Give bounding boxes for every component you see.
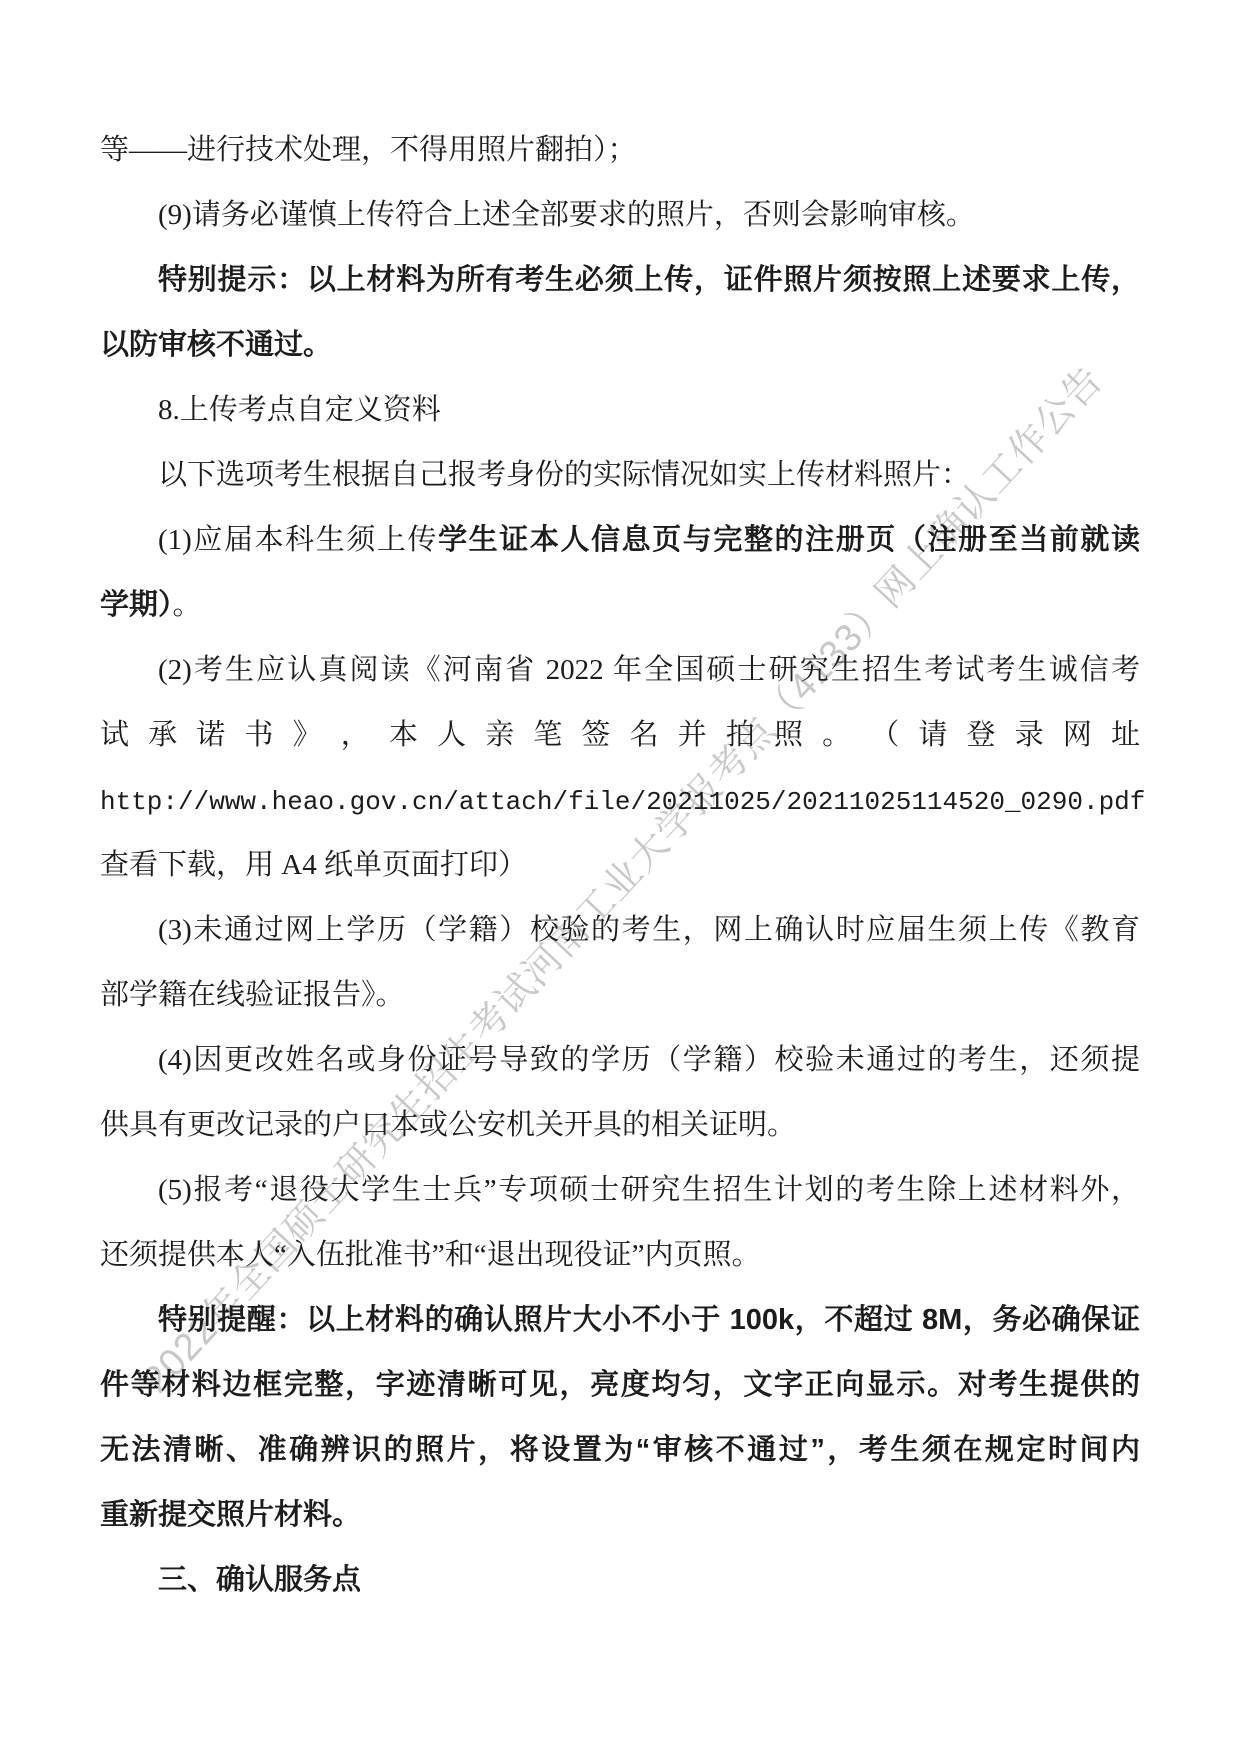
text-line: 件等材料边框完整，字迹清晰可见，亮度均匀，文字正向显示。对考生提供的 <box>100 1353 1140 1418</box>
text-line: 学期）。 <box>100 573 1140 638</box>
text-line: 以防审核不通过。 <box>100 313 1140 378</box>
text-line: 等——进行技术处理，不得用照片翻拍）； <box>100 118 1140 183</box>
text-line: (9)请务必谨慎上传符合上述全部要求的照片，否则会影响审核。 <box>100 183 1140 248</box>
text-line: 试 承 诺 书 》 ， 本 人 亲 笔 签 名 并 拍 照 。 （ 请 登 录 … <box>100 703 1140 768</box>
text-line: 特别提示：以上材料为所有考生必须上传，证件照片须按照上述要求上传， <box>100 248 1140 313</box>
text-line: 供具有更改记录的户口本或公安机关开具的相关证明。 <box>100 1093 1140 1158</box>
text-line: 还须提供本人“入伍批准书”和“退出现役证”内页照。 <box>100 1223 1140 1288</box>
document-url-line: http://www.heao.gov.cn/attach/file/20211… <box>100 768 1140 833</box>
text-line: (1)应届本科生须上传学生证本人信息页与完整的注册页（注册至当前就读 <box>100 508 1140 573</box>
text-line: 部学籍在线验证报告》。 <box>100 963 1140 1028</box>
document-page: 2022年全国硕士研究生招生考试河南工业大学报考点（4133）网上确认工作公告 … <box>0 0 1240 1754</box>
text-line: (2)考生应认真阅读《河南省 2022 年全国硕士研究生招生考试考生诚信考 <box>100 638 1140 703</box>
text-line: (5)报考“退役大学生士兵”专项硕士研究生招生计划的考生除上述材料外， <box>100 1158 1140 1223</box>
text-line: 以下选项考生根据自己报考身份的实际情况如实上传材料照片： <box>100 443 1140 508</box>
text-line: (4)因更改姓名或身份证号导致的学历（学籍）校验未通过的考生，还须提 <box>100 1028 1140 1093</box>
text-line: (3)未通过网上学历（学籍）校验的考生，网上确认时应届生须上传《教育 <box>100 898 1140 963</box>
text-line: 重新提交照片材料。 <box>100 1483 1140 1548</box>
text-line: 特别提醒：以上材料的确认照片大小不小于 100k，不超过 8M，务必确保证 <box>100 1288 1140 1353</box>
page-content: 等——进行技术处理，不得用照片翻拍）；(9)请务必谨慎上传符合上述全部要求的照片… <box>100 118 1140 1613</box>
text-line: 8.上传考点自定义资料 <box>100 378 1140 443</box>
text-line: 查看下载，用 A4 纸单页面打印） <box>100 833 1140 898</box>
text-line: 三、确认服务点 <box>100 1548 1140 1613</box>
text-line: 无法清晰、准确辨识的照片，将设置为“审核不通过”，考生须在规定时间内 <box>100 1418 1140 1483</box>
